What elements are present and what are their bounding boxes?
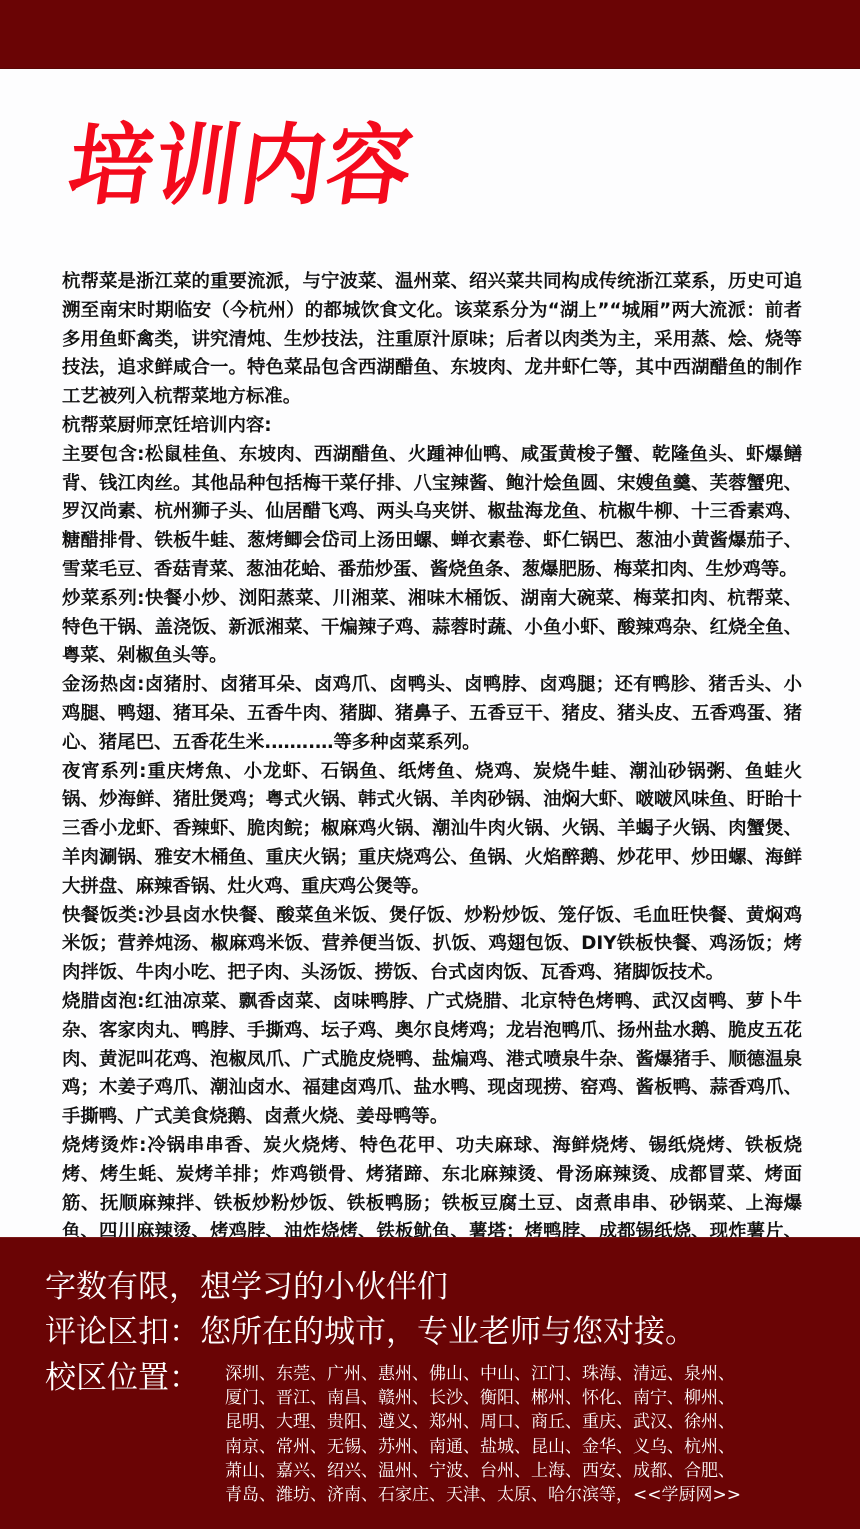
page: 培训内容 杭帮菜是浙江菜的重要流派，与宁波菜、温州菜、绍兴菜共同构成传统浙江菜系… <box>0 0 860 1529</box>
section-label: 快餐饭类: <box>62 905 145 926</box>
campus-line: 萧山、嘉兴、绍兴、温州、宁波、台州、上海、西安、成都、合肥、 <box>225 1459 825 1483</box>
section-label: 金汤热卤: <box>62 674 145 695</box>
header-band <box>0 0 860 69</box>
footer-band: 字数有限，想学习的小伙伴们 评论区扣：您所在的城市，专业老师与您对接。 校区位置… <box>0 1237 860 1529</box>
section-label: 烧腊卤泡: <box>62 991 145 1012</box>
section-main-dishes: 主要包含:松鼠桂鱼、东坡肉、西湖醋鱼、火踵神仙鸭、咸蛋黄梭子蟹、乾隆鱼头、虾爆鳝… <box>62 441 802 585</box>
campus-list: 深圳、东莞、广州、惠州、佛山、中山、江门、珠海、清远、泉州、 厦门、晋江、南昌、… <box>225 1362 825 1507</box>
section-stir-fry: 炒菜系列:快餐小炒、浏阳蒸菜、川湘菜、湘味木桶饭、湖南大碗菜、梅菜扣肉、杭帮菜、… <box>62 585 802 671</box>
page-title: 培训内容 <box>62 113 421 218</box>
article-body: 杭帮菜是浙江菜的重要流派，与宁波菜、温州菜、绍兴菜共同构成传统浙江菜系，历史可追… <box>62 268 802 1276</box>
campus-line: 南京、常州、无锡、苏州、南通、盐城、昆山、金华、义乌、杭州、 <box>225 1435 825 1459</box>
cta-line-1: 字数有限，想学习的小伙伴们 <box>45 1267 448 1307</box>
section-content: 沙县卤水快餐、酸菜鱼米饭、煲仔饭、炒粉炒饭、笼仔饭、毛血旺快餐、黄焖鸡米饭；营养… <box>62 905 802 984</box>
section-label: 烧烤烫炸: <box>62 1135 146 1156</box>
section-label: 主要包含: <box>62 444 145 465</box>
section-label: 炒菜系列: <box>62 588 145 609</box>
campus-line: 青岛、潍坊、济南、石家庄、天津、太原、哈尔滨等，<<学厨网>> <box>225 1483 825 1507</box>
section-label: 夜宵系列: <box>62 761 146 782</box>
section-content: 松鼠桂鱼、东坡肉、西湖醋鱼、火踵神仙鸭、咸蛋黄梭子蟹、乾隆鱼头、虾爆鳝背、钱江肉… <box>62 444 802 580</box>
section-content: 重庆烤魚、小龙虾、石锅鱼、纸烤鱼、烧鸡、炭烧牛蛙、潮汕砂锅粥、鱼蛙火锅、炒海鲜、… <box>62 761 802 897</box>
campus-line: 厦门、晋江、南昌、赣州、长沙、衡阳、郴州、怀化、南宁、柳州、 <box>225 1386 825 1410</box>
cta-line-2: 评论区扣：您所在的城市，专业老师与您对接。 <box>45 1312 696 1352</box>
section-roast-cured: 烧腊卤泡:红油凉菜、飘香卤菜、卤味鸭脖、广式烧腊、北京特色烤鸭、武汉卤鸭、萝卜牛… <box>62 988 802 1132</box>
section-late-night: 夜宵系列:重庆烤魚、小龙虾、石锅鱼、纸烤鱼、烧鸡、炭烧牛蛙、潮汕砂锅粥、鱼蛙火锅… <box>62 758 802 902</box>
section-content: 红油凉菜、飘香卤菜、卤味鸭脖、广式烧腊、北京特色烤鸭、武汉卤鸭、萝卜牛杂、客家肉… <box>62 991 802 1127</box>
campus-line: 昆明、大理、贵阳、遵义、郑州、周口、商丘、重庆、武汉、徐州、 <box>225 1410 825 1434</box>
campus-label: 校区位置： <box>45 1358 200 1398</box>
section-fast-food: 快餐饭类:沙县卤水快餐、酸菜鱼米饭、煲仔饭、炒粉炒饭、笼仔饭、毛血旺快餐、黄焖鸡… <box>62 902 802 988</box>
campus-line: 深圳、东莞、广州、惠州、佛山、中山、江门、珠海、清远、泉州、 <box>225 1362 825 1386</box>
section-content: 卤猪肘、卤猪耳朵、卤鸡爪、卤鸭头、卤鸭脖、卤鸡腿；还有鸭胗、猪舌头、小鸡腿、鸭翅… <box>62 674 802 753</box>
section-content: 快餐小炒、浏阳蒸菜、川湘菜、湘味木桶饭、湖南大碗菜、梅菜扣肉、杭帮菜、特色干锅、… <box>62 588 802 667</box>
section-braised: 金汤热卤:卤猪肘、卤猪耳朵、卤鸡爪、卤鸭头、卤鸭脖、卤鸡腿；还有鸭胗、猪舌头、小… <box>62 671 802 757</box>
intro-paragraph: 杭帮菜是浙江菜的重要流派，与宁波菜、温州菜、绍兴菜共同构成传统浙江菜系，历史可追… <box>62 268 802 412</box>
training-heading: 杭帮菜厨师烹饪培训内容: <box>62 412 802 441</box>
